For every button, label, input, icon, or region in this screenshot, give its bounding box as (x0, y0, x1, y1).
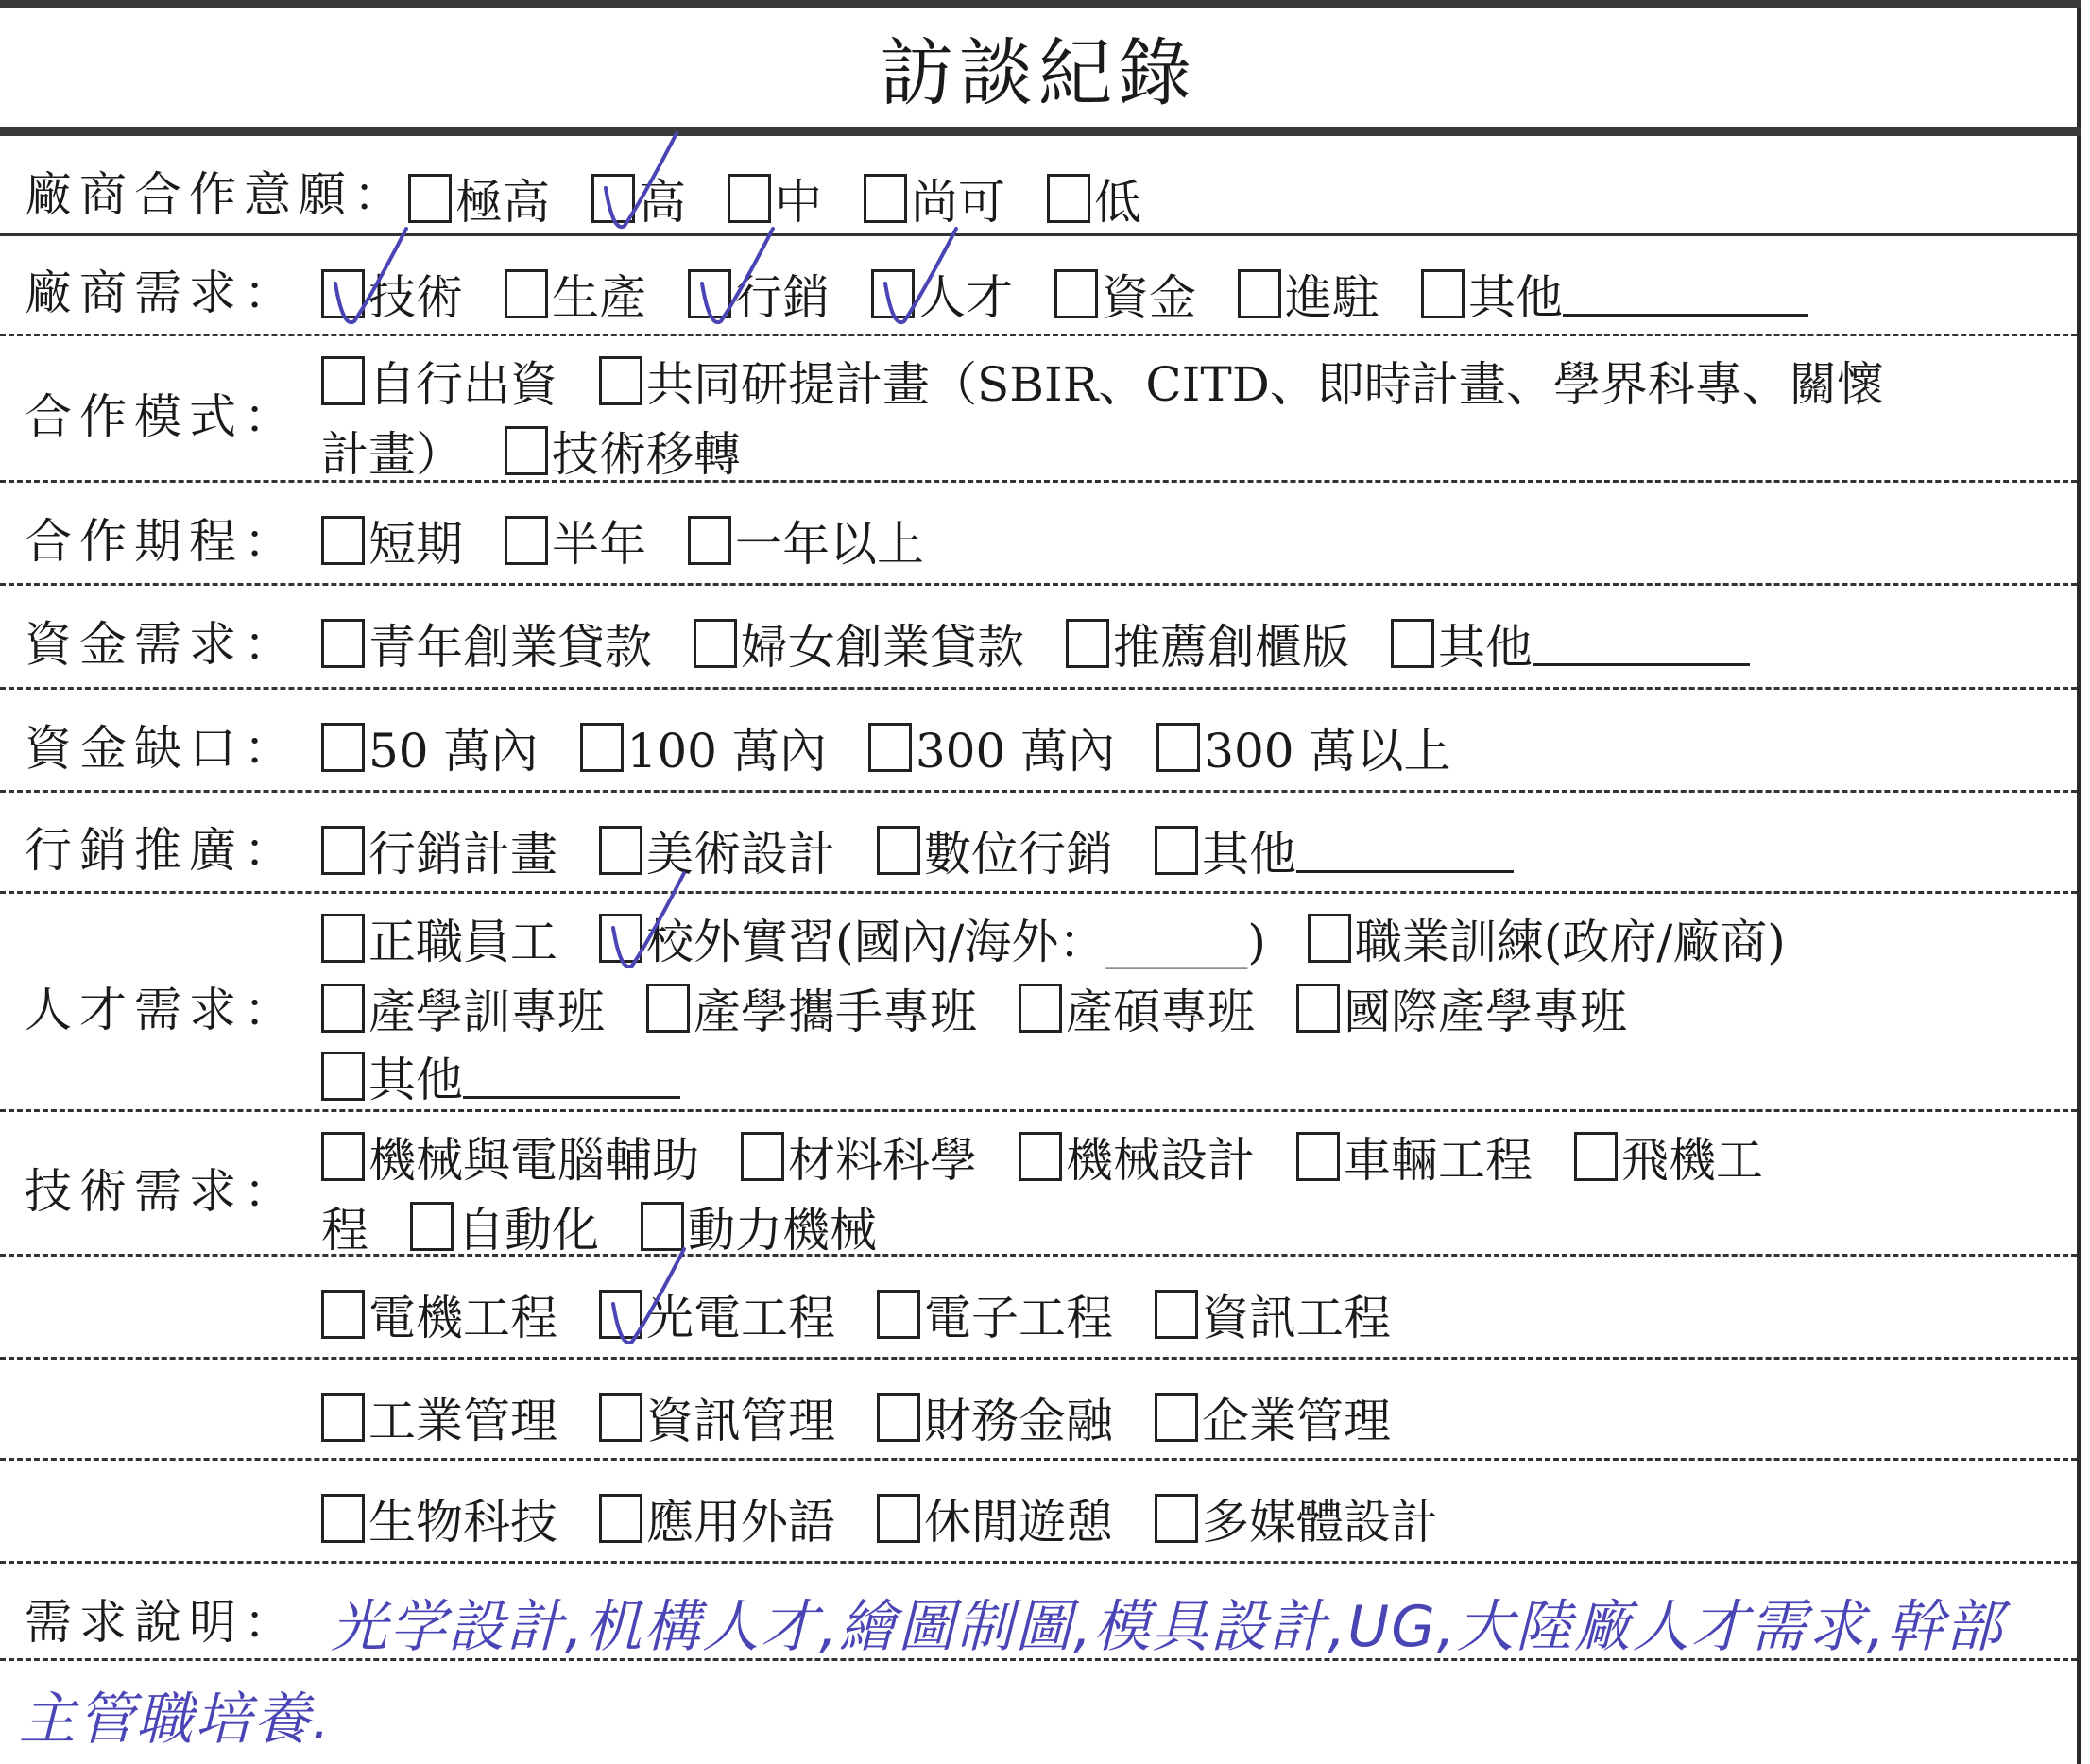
option-label: 產學訓專班 (368, 974, 605, 1042)
checkbox-option[interactable]: 產學訓專班 (321, 974, 605, 1042)
checkbox-option[interactable]: 其他 (1391, 609, 1750, 677)
option-label: 資訊管理 (646, 1383, 835, 1451)
row-divider (0, 480, 2077, 483)
option-label: 生物科技 (368, 1484, 557, 1552)
notes-label: 需求說明： (25, 1584, 299, 1653)
option-label: 資金 (1102, 260, 1196, 328)
checkbox-option[interactable]: 機械設計 (1019, 1122, 1255, 1190)
checkbox-icon[interactable] (1066, 619, 1109, 668)
option-label: 進駐 (1285, 260, 1379, 328)
checkbox-option[interactable]: 材料科學 (741, 1122, 977, 1190)
checkbox-option[interactable]: 其他 (1421, 260, 1808, 328)
form-title: 訪談紀錄 (0, 8, 2077, 127)
checkbox-icon[interactable] (877, 1393, 920, 1442)
checked-checkbox-icon[interactable] (871, 269, 915, 318)
checkbox-option[interactable]: 財務金融 (877, 1383, 1113, 1451)
checkbox-icon[interactable] (321, 1052, 365, 1101)
option-line: 極高高中尚可低 (408, 164, 1183, 232)
checkbox-option[interactable]: 車輛工程 (1296, 1122, 1533, 1190)
checkbox-icon[interactable] (599, 356, 642, 405)
option-label: 休閒遊憩 (924, 1484, 1113, 1552)
checkbox-option[interactable]: 技術移轉 (505, 417, 741, 485)
option-label: 尚可 (911, 164, 1005, 232)
checkbox-option[interactable]: 資訊管理 (599, 1383, 835, 1451)
row-label: 資金需求： (25, 607, 299, 675)
checkbox-option[interactable]: 工業管理 (321, 1383, 557, 1451)
option-label: 國際產學專班 (1344, 974, 1627, 1042)
option-line: 產學訓專班產學攜手專班產碩專班國際產學專班 (321, 974, 1669, 1042)
checkbox-option[interactable]: 一年以上 (688, 506, 924, 574)
checkbox-icon[interactable] (1019, 984, 1062, 1033)
row-divider (0, 1658, 2077, 1661)
checkbox-option[interactable]: 尚可 (864, 164, 1005, 232)
option-label: 自行出資 (368, 347, 557, 415)
option-label: 短期 (368, 506, 463, 574)
checkbox-option[interactable]: 飛機工 (1574, 1122, 1763, 1190)
form-row: 技術需求：機械與電腦輔助材料科學機械設計車輛工程飛機工程自動化動力機械 (0, 1109, 2077, 1254)
row-divider (0, 1458, 2077, 1461)
checkbox-icon[interactable] (599, 826, 642, 875)
checkbox-option[interactable]: 企業管理 (1155, 1383, 1391, 1451)
form-row: 行銷推廣：行銷計畫美術設計數位行銷其他 (0, 790, 2077, 891)
option-label: 50 萬內 (368, 713, 539, 781)
checkbox-option[interactable]: 生產 (505, 260, 646, 328)
checkbox-option[interactable]: 資訊工程 (1155, 1280, 1391, 1348)
option-line: 青年創業貸款婦女創業貸款推薦創櫃版其他 (321, 609, 1791, 677)
checkbox-icon[interactable] (1156, 723, 1200, 772)
checkbox-icon[interactable] (728, 174, 771, 223)
checkbox-icon[interactable] (321, 914, 365, 963)
checkbox-option[interactable]: 行銷計畫 (321, 816, 557, 884)
checkbox-icon[interactable] (1238, 269, 1281, 318)
option-label: 300 萬內 (916, 713, 1115, 781)
checkbox-icon[interactable] (321, 826, 365, 875)
option-label: 計畫） (321, 417, 463, 485)
option-label: 行銷 (735, 260, 830, 328)
checkbox-option[interactable]: 美術設計 (599, 816, 835, 884)
row-divider (0, 334, 2077, 336)
checkbox-option[interactable]: 短期 (321, 506, 463, 574)
checkbox-icon[interactable] (599, 1393, 642, 1442)
continuation-text: 計畫） (321, 417, 463, 485)
checkbox-option[interactable]: 50 萬內 (321, 713, 539, 781)
checkbox-option[interactable]: 行銷 (688, 260, 830, 328)
checkbox-icon[interactable] (877, 1494, 920, 1543)
checkbox-option[interactable]: 300 萬內 (868, 713, 1115, 781)
checkbox-icon[interactable] (505, 516, 548, 565)
option-label: 正職員工 (368, 904, 557, 972)
checkbox-icon[interactable] (321, 619, 365, 668)
option-line: 其他 (321, 1042, 722, 1110)
checkbox-option[interactable]: 中 (728, 164, 822, 232)
checkbox-option[interactable]: 技術 (321, 260, 463, 328)
row-label: 行銷推廣： (25, 813, 299, 881)
option-label: 產碩專班 (1066, 974, 1255, 1042)
checkbox-option[interactable]: 低 (1047, 164, 1141, 232)
form-row: 人才需求：正職員工校外實習(國內/海外：______)職業訓練(政府/廠商)產學… (0, 891, 2077, 1109)
option-label: 職業訓練(政府/廠商) (1355, 904, 1786, 972)
checkbox-icon[interactable] (1054, 269, 1098, 318)
row-label: 人才需求： (25, 972, 299, 1040)
checkbox-icon[interactable] (1574, 1132, 1618, 1181)
form-row: 合作期程：短期半年一年以上 (0, 480, 2077, 583)
option-line: 生物科技應用外語休閒遊憩多媒體設計 (321, 1484, 1480, 1552)
checkbox-icon[interactable] (741, 1132, 784, 1181)
option-label: 生產 (552, 260, 646, 328)
checkbox-icon[interactable] (1155, 1290, 1198, 1339)
row-divider (0, 1561, 2077, 1564)
checkbox-option[interactable]: 產學攜手專班 (646, 974, 977, 1042)
checkbox-option[interactable]: 半年 (505, 506, 646, 574)
form-row: 生物科技應用外語休閒遊憩多媒體設計 (0, 1458, 2077, 1561)
row-divider (0, 583, 2077, 586)
option-label: 技術移轉 (552, 417, 741, 485)
checkbox-option[interactable]: 資金 (1054, 260, 1196, 328)
continuation-text: 程 (321, 1192, 368, 1260)
option-label: 青年創業貸款 (368, 609, 652, 677)
option-label: 車輛工程 (1344, 1122, 1533, 1190)
checkbox-icon[interactable] (1019, 1132, 1062, 1181)
checkbox-icon[interactable] (505, 269, 548, 318)
checkbox-icon[interactable] (321, 984, 365, 1033)
notes-handwriting-line1[interactable]: 光学設計,机構人才,繪圖制圖,模具設計,UG,大陸廠人才需求,幹部 (331, 1582, 2004, 1663)
checkbox-option[interactable]: 多媒體設計 (1155, 1484, 1438, 1552)
checkbox-option[interactable]: 國際產學專班 (1296, 974, 1627, 1042)
option-label: 應用外語 (646, 1484, 835, 1552)
option-label: 300 萬以上 (1204, 713, 1450, 781)
option-label: 高 (639, 164, 686, 232)
option-label: 校外實習(國內/海外：______) (646, 904, 1266, 972)
option-line: 程自動化動力機械 (321, 1192, 918, 1260)
option-label: 其他 (1202, 816, 1296, 884)
option-line: 50 萬內100 萬內300 萬內300 萬以上 (321, 713, 1493, 781)
option-label: 企業管理 (1202, 1383, 1391, 1451)
form-row: 合作模式：自行出資共同研提計畫（SBIR、CITD、即時計畫、學界科專、關懷計畫… (0, 334, 2077, 480)
checkbox-icon[interactable] (505, 426, 548, 475)
row-label: 廠商需求： (25, 255, 299, 323)
option-label: 半年 (552, 506, 646, 574)
option-label: 電機工程 (368, 1280, 557, 1348)
checkbox-option[interactable]: 推薦創櫃版 (1066, 609, 1349, 677)
option-line: 正職員工校外實習(國內/海外：______)職業訓練(政府/廠商) (321, 904, 1827, 972)
fill-in-blank[interactable] (1563, 272, 1808, 317)
option-label: 中 (775, 164, 822, 232)
form-row: 廠商需求：技術生產行銷人才資金進駐其他 (0, 233, 2077, 334)
row-divider (0, 891, 2077, 894)
notes-row: 需求說明： 光学設計,机構人才,繪圖制圖,模具設計,UG,大陸廠人才需求,幹部 … (0, 1561, 2077, 1764)
checkbox-option[interactable]: 應用外語 (599, 1484, 835, 1552)
checkbox-option[interactable]: 動力機械 (641, 1192, 877, 1260)
option-label: 機械設計 (1066, 1122, 1255, 1190)
checkbox-icon[interactable] (1296, 984, 1340, 1033)
form-row: 電機工程光電工程電子工程資訊工程 (0, 1254, 2077, 1357)
form-row: 資金需求：青年創業貸款婦女創業貸款推薦創櫃版其他 (0, 583, 2077, 687)
checkbox-icon[interactable] (864, 174, 907, 223)
checkbox-option[interactable]: 共同研提計畫（SBIR、CITD、即時計畫、學界科專、關懷 (599, 347, 1884, 415)
fill-in-blank[interactable] (1296, 829, 1514, 873)
option-line: 技術生產行銷人才資金進駐其他 (321, 260, 1850, 328)
checkbox-option[interactable]: 人才 (871, 260, 1013, 328)
checkbox-option[interactable]: 休閒遊憩 (877, 1484, 1113, 1552)
checkbox-option[interactable]: 其他 (1155, 816, 1514, 884)
checkbox-icon[interactable] (599, 1494, 642, 1543)
row-divider (0, 233, 2077, 236)
option-label: 財務金融 (924, 1383, 1113, 1451)
option-label: 極高 (455, 164, 550, 232)
checkbox-option[interactable]: 極高 (408, 164, 550, 232)
checkbox-option[interactable]: 其他 (321, 1042, 680, 1110)
checkbox-option[interactable]: 100 萬內 (580, 713, 827, 781)
checkbox-icon[interactable] (868, 723, 912, 772)
row-divider (0, 1357, 2077, 1360)
checkbox-icon[interactable] (694, 619, 737, 668)
row-label: 資金缺口： (25, 711, 299, 779)
checkbox-icon[interactable] (408, 174, 452, 223)
checked-checkbox-icon[interactable] (599, 1290, 642, 1339)
option-line: 短期半年一年以上 (321, 506, 966, 574)
option-label: 數位行銷 (924, 816, 1113, 884)
checkbox-option[interactable]: 婦女創業貸款 (694, 609, 1024, 677)
option-label: 美術設計 (646, 816, 835, 884)
checkbox-icon[interactable] (646, 984, 690, 1033)
option-label: 自動化 (457, 1192, 599, 1260)
fill-in-blank[interactable] (1533, 622, 1750, 666)
option-label: 產學攜手專班 (694, 974, 977, 1042)
checkbox-option[interactable]: 機械與電腦輔助 (321, 1122, 699, 1190)
option-label: 100 萬內 (627, 713, 827, 781)
checkbox-option[interactable]: 300 萬以上 (1156, 713, 1450, 781)
checkbox-icon[interactable] (688, 516, 731, 565)
checkbox-icon[interactable] (321, 356, 365, 405)
option-line: 自行出資共同研提計畫（SBIR、CITD、即時計畫、學界科專、關懷 (321, 347, 1926, 415)
option-label: 飛機工 (1621, 1122, 1763, 1190)
row-divider (0, 687, 2077, 690)
option-label: 其他 (1438, 609, 1533, 677)
option-line: 工業管理資訊管理財務金融企業管理 (321, 1383, 1432, 1451)
checkbox-icon[interactable] (321, 516, 365, 565)
checked-checkbox-icon[interactable] (591, 174, 635, 223)
checkbox-icon[interactable] (321, 723, 365, 772)
checkbox-icon[interactable] (1308, 914, 1351, 963)
checkbox-option[interactable]: 青年創業貸款 (321, 609, 652, 677)
checkbox-option[interactable]: 電機工程 (321, 1280, 557, 1348)
option-line: 機械與電腦輔助材料科學機械設計車輛工程飛機工 (321, 1122, 1805, 1190)
option-label: 其他 (1468, 260, 1563, 328)
option-label: 材料科學 (788, 1122, 977, 1190)
row-divider (0, 1109, 2077, 1112)
row-divider (0, 1254, 2077, 1257)
checkbox-option[interactable]: 電子工程 (877, 1280, 1113, 1348)
option-line: 電機工程光電工程電子工程資訊工程 (321, 1280, 1432, 1348)
row-label: 合作模式： (25, 379, 299, 447)
checkbox-option[interactable]: 校外實習(國內/海外：______) (599, 904, 1266, 972)
checkbox-icon[interactable] (321, 1132, 365, 1181)
checkbox-option[interactable]: 自行出資 (321, 347, 557, 415)
checkbox-icon[interactable] (1296, 1132, 1340, 1181)
option-label: 多媒體設計 (1202, 1484, 1438, 1552)
notes-handwriting-line2[interactable]: 主管職培養. (19, 1674, 332, 1755)
checkbox-icon[interactable] (1155, 1393, 1198, 1442)
option-label: 資訊工程 (1202, 1280, 1391, 1348)
checkbox-icon[interactable] (321, 1494, 365, 1543)
checkbox-icon[interactable] (641, 1202, 684, 1251)
option-line: 計畫）技術移轉 (321, 417, 782, 485)
checkbox-icon[interactable] (1155, 826, 1198, 875)
checkbox-icon[interactable] (877, 1290, 920, 1339)
option-label: 工業管理 (368, 1383, 557, 1451)
option-label: 其他 (368, 1042, 463, 1110)
checkbox-icon[interactable] (877, 826, 920, 875)
option-label: 低 (1094, 164, 1141, 232)
option-label: 技術 (368, 260, 463, 328)
checkbox-option[interactable]: 高 (591, 164, 686, 232)
checkbox-option[interactable]: 進駐 (1238, 260, 1379, 328)
form-row: 工業管理資訊管理財務金融企業管理 (0, 1357, 2077, 1458)
form-row: 資金缺口：50 萬內100 萬內300 萬內300 萬以上 (0, 687, 2077, 790)
option-label: 一年以上 (735, 506, 924, 574)
checkbox-icon[interactable] (1421, 269, 1465, 318)
checkbox-icon[interactable] (321, 1290, 365, 1339)
checkbox-option[interactable]: 光電工程 (599, 1280, 835, 1348)
checkbox-icon[interactable] (1391, 619, 1434, 668)
checked-checkbox-icon[interactable] (321, 269, 365, 318)
option-label: 共同研提計畫（SBIR、CITD、即時計畫、學界科專、關懷 (646, 347, 1884, 415)
checkbox-icon[interactable] (580, 723, 624, 772)
option-label: 電子工程 (924, 1280, 1113, 1348)
checkbox-option[interactable]: 生物科技 (321, 1484, 557, 1552)
checkbox-option[interactable]: 產碩專班 (1019, 974, 1255, 1042)
option-label: 行銷計畫 (368, 816, 557, 884)
checkbox-icon[interactable] (321, 1393, 365, 1442)
option-label: 人才 (918, 260, 1013, 328)
row-label: 廠商合作意願： (25, 157, 408, 225)
fill-in-blank[interactable] (463, 1054, 680, 1099)
row-label: 技術需求： (25, 1154, 299, 1222)
checkbox-option[interactable]: 自動化 (410, 1192, 599, 1260)
option-line: 行銷計畫美術設計數位行銷其他 (321, 816, 1555, 884)
option-label: 程 (321, 1192, 368, 1260)
row-divider (0, 790, 2077, 793)
row-label: 合作期程： (25, 504, 299, 572)
checked-checkbox-icon[interactable] (688, 269, 731, 318)
interview-record-form: 訪談紀錄 廠商合作意願：極高高中尚可低廠商需求：技術生產行銷人才資金進駐其他合作… (0, 0, 2081, 1764)
checkbox-icon[interactable] (1155, 1494, 1198, 1543)
form-row: 廠商合作意願：極高高中尚可低 (0, 136, 2077, 233)
title-divider (0, 127, 2081, 136)
option-label: 動力機械 (688, 1192, 877, 1260)
option-label: 光電工程 (646, 1280, 835, 1348)
checkbox-option[interactable]: 職業訓練(政府/廠商) (1308, 904, 1786, 972)
option-label: 機械與電腦輔助 (368, 1122, 699, 1190)
checkbox-icon[interactable] (1047, 174, 1090, 223)
checked-checkbox-icon[interactable] (599, 914, 642, 963)
option-label: 婦女創業貸款 (741, 609, 1024, 677)
checkbox-option[interactable]: 數位行銷 (877, 816, 1113, 884)
top-border (0, 0, 2081, 8)
option-label: 推薦創櫃版 (1113, 609, 1349, 677)
checkbox-option[interactable]: 正職員工 (321, 904, 557, 972)
checkbox-icon[interactable] (410, 1202, 454, 1251)
